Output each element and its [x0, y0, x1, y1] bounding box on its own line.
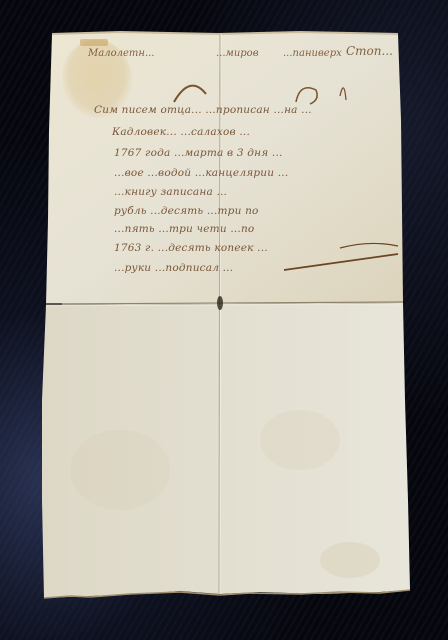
manuscript-line-2: Кадловек... ...салахов ...: [112, 126, 250, 138]
header-word-4: Стоп...: [346, 44, 393, 58]
manuscript-line-3: 1767 года ...марта в 3 дня ...: [114, 147, 283, 159]
header-word-1: Малолетн...: [88, 48, 154, 59]
header-word-2: ...миров: [216, 48, 259, 59]
manuscript-line-6: рубль ...десять ...три по: [114, 205, 259, 217]
manuscript-line-5: ...книгу записана ...: [114, 186, 227, 198]
manuscript-line-7: ...пять ...три чети ...по: [114, 223, 254, 235]
header-word-3: ...паниверх: [283, 48, 342, 59]
seal-stamp-mark: [80, 39, 108, 46]
manuscript-line-9: ...руки ...подписал ...: [114, 262, 233, 274]
signature-flourish: [280, 240, 410, 280]
manuscript-line-8: 1763 г. ...десять копеек ...: [114, 242, 268, 254]
manuscript-line-4: ...вое ...водой ...канцелярии ...: [114, 167, 288, 179]
photo-scene: Малолетн... ...миров ...паниверх Стоп...…: [0, 0, 448, 640]
manuscript-line-1: Сим писем отца... ...прописан ...на ...: [94, 104, 312, 116]
